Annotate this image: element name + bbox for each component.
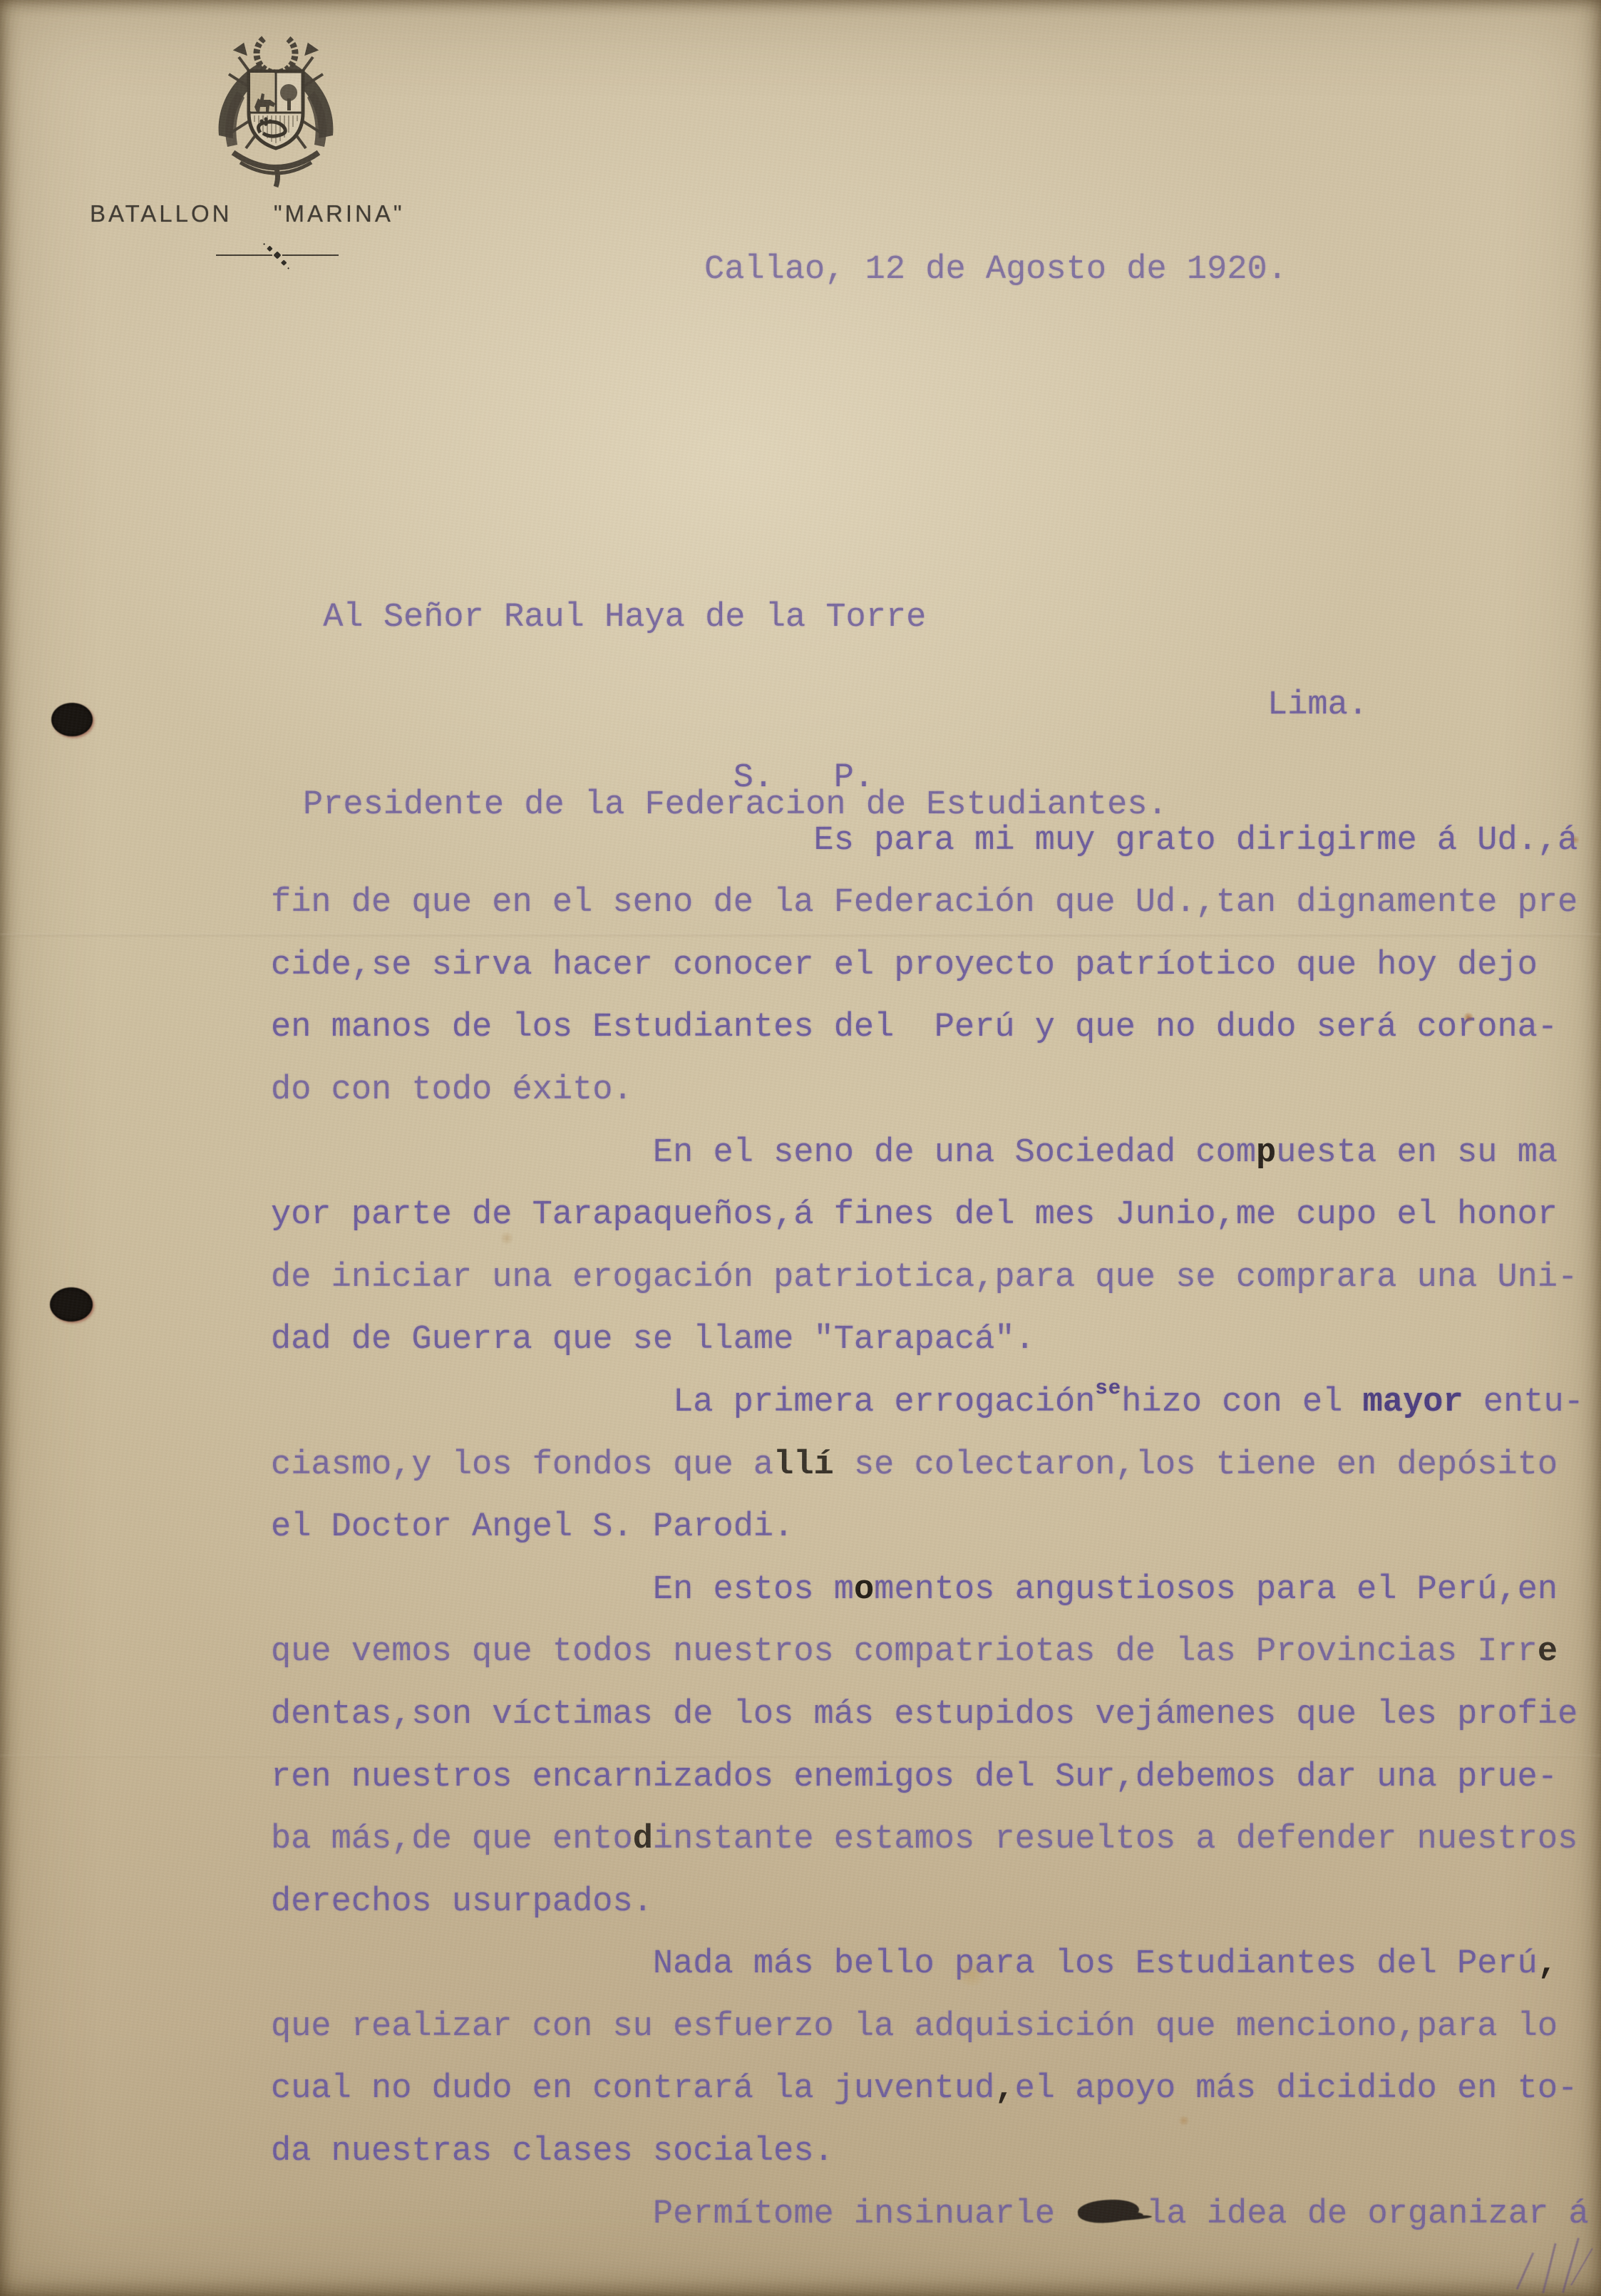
- letter-line: que realizar con su esfuerzo la adquisic…: [271, 1996, 1601, 2059]
- typed-text: ren nuestros encarnizados enemigos del S…: [271, 1759, 1558, 1796]
- ink-correction: o: [854, 1571, 874, 1609]
- typed-text: se: [1095, 1376, 1121, 1400]
- typed-text: Permítome insinuarle: [271, 2195, 1075, 2233]
- ink-correction: llí: [773, 1446, 834, 1484]
- typed-text: que realizar con su esfuerzo la adquisic…: [271, 2008, 1558, 2046]
- letter-line: dad de Guerra que se llame "Tarapacá".: [271, 1309, 1601, 1371]
- letter-line: dentas,son víctimas de los más estupidos…: [271, 1684, 1601, 1746]
- letter-line: Permítome insinuarle la idea de organiza…: [271, 2183, 1601, 2246]
- typed-text: S. P.: [271, 759, 874, 797]
- typed-text: la idea de organizar á: [1146, 2195, 1589, 2233]
- typed-text: se colectaron,los tiene en depósito: [834, 1446, 1558, 1484]
- typed-text: da nuestras clases sociales.: [271, 2133, 834, 2171]
- typed-text: derechos usurpados.: [271, 1883, 653, 1921]
- typed-text: yor parte de Tarapaqueños,á fines del me…: [271, 1196, 1558, 1234]
- ink-correction: e: [1538, 1633, 1558, 1671]
- letter-line: yor parte de Tarapaqueños,á fines del me…: [271, 1184, 1601, 1247]
- letter-line: En el seno de una Sociedad compuesta en …: [271, 1122, 1601, 1185]
- typed-text: cide,se sirva hacer conocer el proyecto …: [271, 947, 1538, 984]
- typed-text: uesta en su ma: [1276, 1134, 1558, 1172]
- letter-line: que vemos que todos nuestros compatriota…: [271, 1621, 1601, 1684]
- place-line: Lima.: [1267, 674, 1368, 737]
- typed-text: instante estamos resueltos a defender nu…: [653, 1821, 1577, 1858]
- letter-line: de iniciar una erogación patriotica,para…: [271, 1247, 1601, 1309]
- letter-line: el Doctor Angel S. Parodi.: [271, 1496, 1601, 1559]
- letterhead-ornament-rule: [216, 251, 339, 259]
- typed-text: fin de que en el seno de la Federación q…: [271, 884, 1577, 922]
- letter-line: do con todo éxito.: [271, 1059, 1601, 1122]
- typed-text: entu-: [1463, 1384, 1584, 1421]
- letter-line: En estos momentos angustiosos para el Pe…: [271, 1559, 1601, 1622]
- dateline: Callao, 12 de Agosto de 1920.: [704, 251, 1287, 289]
- typed-text: En estos m: [271, 1571, 854, 1609]
- letter-line: derechos usurpados.: [271, 1871, 1601, 1934]
- letter-page: BATALLON "MARINA" Callao, 12 de Agosto d…: [0, 0, 1601, 2296]
- letter-line: Es para mi muy grato dirigirme á Ud.,á: [271, 810, 1601, 872]
- punch-hole-top: [51, 703, 93, 736]
- typed-text: Nada más bello para los Estudiantes del …: [271, 1945, 1538, 1983]
- addressee-line-1: Al Señor Raul Haya de la Torre: [303, 587, 1168, 649]
- letter-line: ciasmo,y los fondos que allí se colectar…: [271, 1434, 1601, 1497]
- typed-text: que vemos que todos nuestros compatriota…: [271, 1633, 1538, 1671]
- letterhead-organization: BATALLON "MARINA": [90, 200, 405, 227]
- typed-text: ba más,de que ento: [271, 1821, 633, 1858]
- letter-line: fin de que en el seno de la Federación q…: [271, 872, 1601, 935]
- typed-text: do con todo éxito.: [271, 1071, 633, 1109]
- punch-hole-bottom: [50, 1287, 93, 1322]
- ink-correction: p: [1256, 1134, 1276, 1172]
- typed-text: mayor: [1363, 1384, 1463, 1421]
- letter-line: ba más,de que entodinstante estamos resu…: [271, 1808, 1601, 1871]
- ink-correction: ,: [994, 2070, 1014, 2108]
- typed-text: Es para mi muy grato dirigirme á Ud.,á: [271, 822, 1577, 860]
- letter-line: La primera errogaciónsehizo con el mayor…: [271, 1371, 1601, 1434]
- rule-ornament: [273, 251, 281, 259]
- typed-text: de iniciar una erogación patriotica,para…: [271, 1259, 1577, 1297]
- typed-text: en manos de los Estudiantes del Perú y q…: [271, 1009, 1558, 1046]
- letter-line: cide,se sirva hacer conocer el proyecto …: [271, 935, 1601, 997]
- typed-text: mentos angustiosos para el Perú,en: [874, 1571, 1558, 1609]
- typed-text: dentas,son víctimas de los más estupidos…: [271, 1696, 1577, 1734]
- letter-line: Nada más bello para los Estudiantes del …: [271, 1933, 1601, 1996]
- typed-text: cual no dudo en contrará la juventud: [271, 2070, 994, 2108]
- ink-correction: d: [633, 1821, 653, 1858]
- letter-body: S. P. Es para mi muy grato dirigirme á U…: [271, 747, 1601, 2245]
- typed-text: hizo con el: [1121, 1384, 1362, 1421]
- typed-text: ciasmo,y los fondos que a: [271, 1446, 773, 1484]
- typed-text: En el seno de una Sociedad com: [271, 1134, 1256, 1172]
- peru-coat-of-arms-icon: [197, 27, 354, 192]
- typed-text: el Doctor Angel S. Parodi.: [271, 1508, 793, 1546]
- ink-correction: ,: [1538, 1945, 1558, 1983]
- typed-text: el apoyo más dicidido en to-: [1015, 2070, 1578, 2108]
- letter-line: da nuestras clases sociales.: [271, 2121, 1601, 2183]
- typed-text: La primera errogación: [271, 1384, 1095, 1421]
- ink-blot: [1077, 2198, 1140, 2225]
- letter-line: cual no dudo en contrará la juventud,el …: [271, 2058, 1601, 2121]
- letter-line: ren nuestros encarnizados enemigos del S…: [271, 1746, 1601, 1809]
- letter-line: en manos de los Estudiantes del Perú y q…: [271, 997, 1601, 1059]
- typed-text: dad de Guerra que se llame "Tarapacá".: [271, 1321, 1035, 1359]
- letter-line: S. P.: [271, 747, 1601, 810]
